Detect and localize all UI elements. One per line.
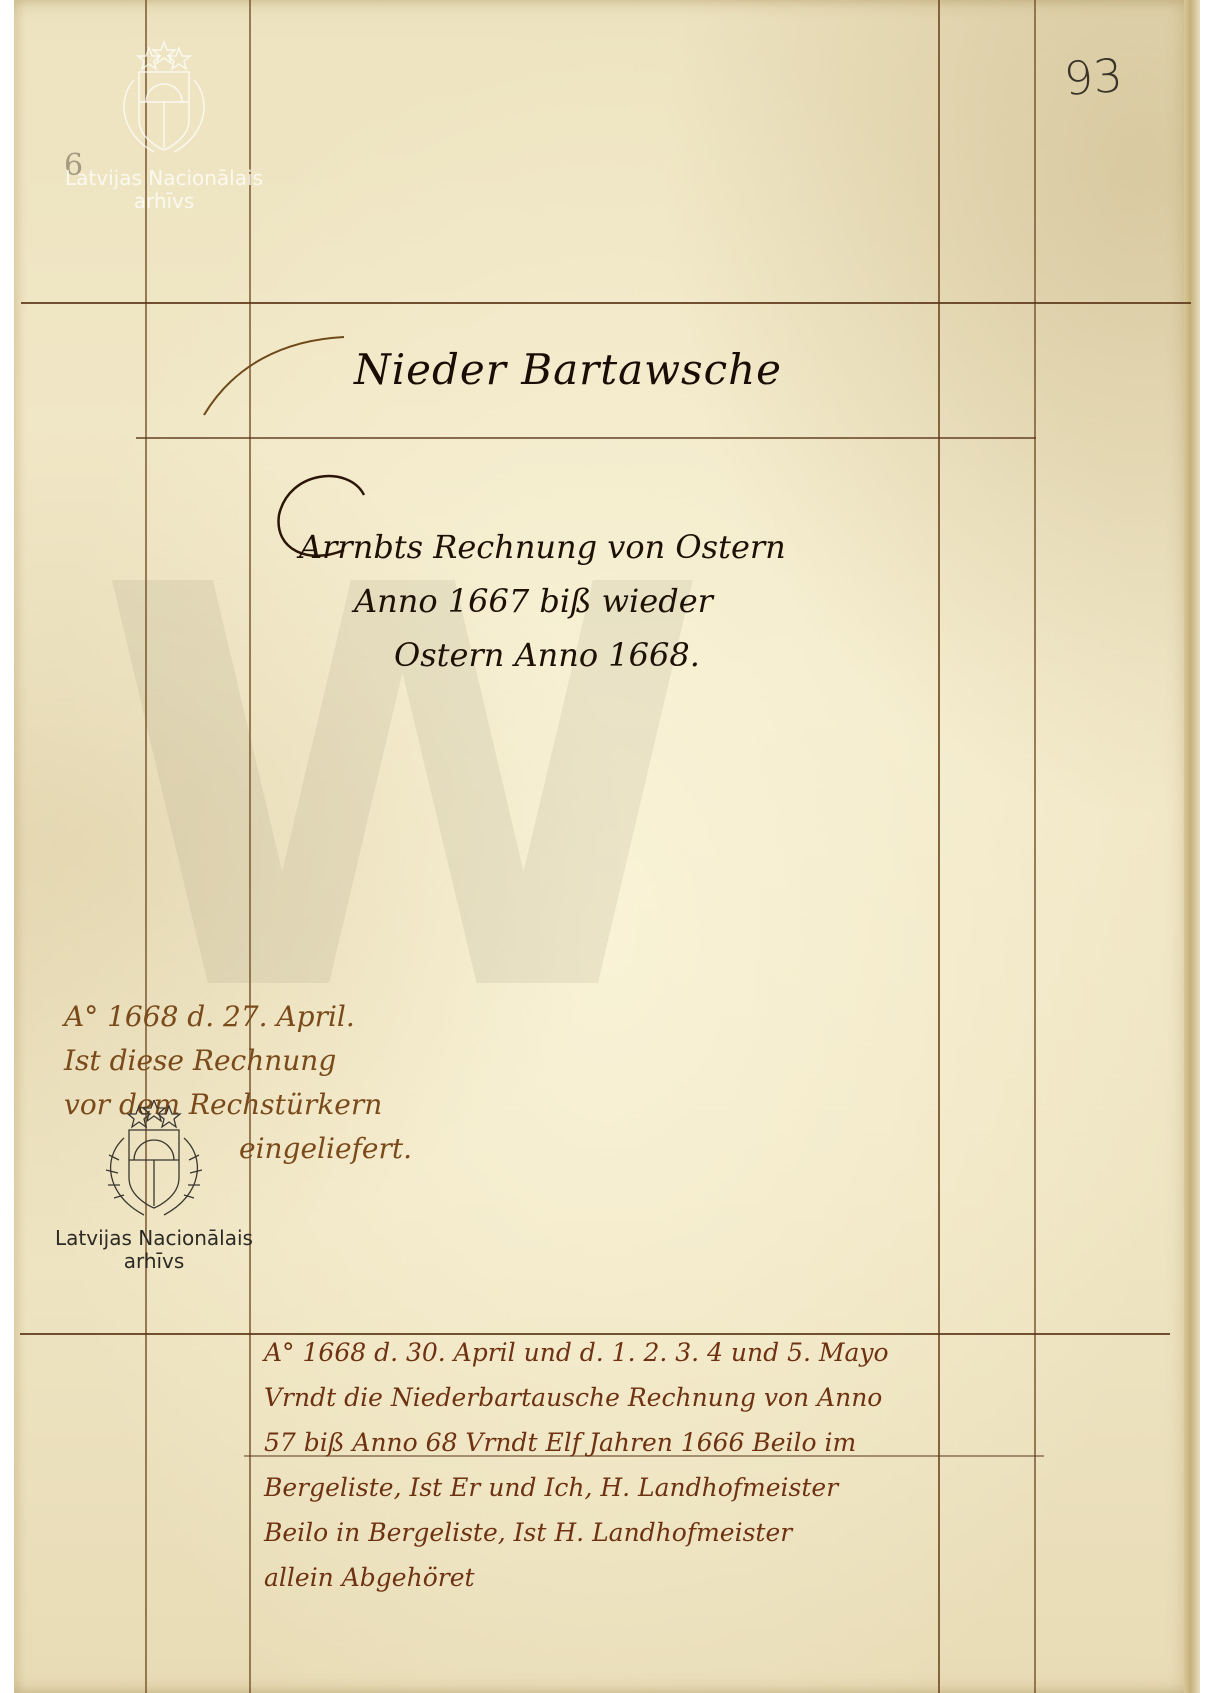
rule-vertical-3 [938,0,940,1693]
document-title: Nieder Bartawsche [354,345,782,394]
archive-stamp-top: Latvijas Nacionālais arhīvs [54,40,274,212]
folio-number: 93 [1062,48,1124,106]
rule-horizontal-title [136,437,1036,439]
note-2-line-3: 57 biß Anno 68 Vrndt Elf Jahren 1666 Bei… [264,1420,889,1465]
stamp-bottom-line-2: arhīvs [34,1250,274,1272]
rule-vertical-4 [1034,0,1036,1693]
note-1-line-2: Ist diese Rechnung [64,1039,412,1083]
page-edge [1184,0,1200,1693]
note-2-line-4: Bergeliste, Ist Er und Ich, H. Landhofme… [264,1465,889,1510]
note-2-line-6: allein Abgehöret [264,1555,889,1600]
archive-stamp-bottom: Latvijas Nacionālais arhīvs [34,1100,274,1272]
subtitle-line-1: Arrnbts Rechnung von Ostern [299,520,786,574]
coat-of-arms-icon [104,40,224,160]
subtitle-line-2: Anno 1667 biß wieder [299,574,786,628]
document-subtitle: Arrnbts Rechnung von Ostern Anno 1667 bi… [299,520,786,682]
stamp-bottom-line-1: Latvijas Nacionālais [34,1226,274,1250]
subtitle-line-3: Ostern Anno 1668. [299,628,786,682]
rule-horizontal-top [21,302,1191,304]
stamp-top-line-2: arhīvs [54,190,274,212]
rule-vertical-2 [249,0,251,1693]
manuscript-page: W 93 6 Nieder Bartawsche Arrnbts Rechnun… [14,0,1200,1693]
coat-of-arms-icon [84,1100,224,1220]
stamp-top-line-1: Latvijas Nacionālais [54,166,274,190]
note-2-line-5: Beilo in Bergeliste, Ist H. Landhofmeist… [264,1510,889,1555]
note-2-line-2: Vrndt die Niederbartausche Rechnung von … [264,1375,889,1420]
annotation-1668-april-30: A° 1668 d. 30. April und d. 1. 2. 3. 4 u… [264,1330,889,1600]
note-2-line-1: A° 1668 d. 30. April und d. 1. 2. 3. 4 u… [264,1330,889,1375]
note-1-line-1: A° 1668 d. 27. April. [64,995,412,1039]
rule-vertical-1 [145,0,147,1693]
